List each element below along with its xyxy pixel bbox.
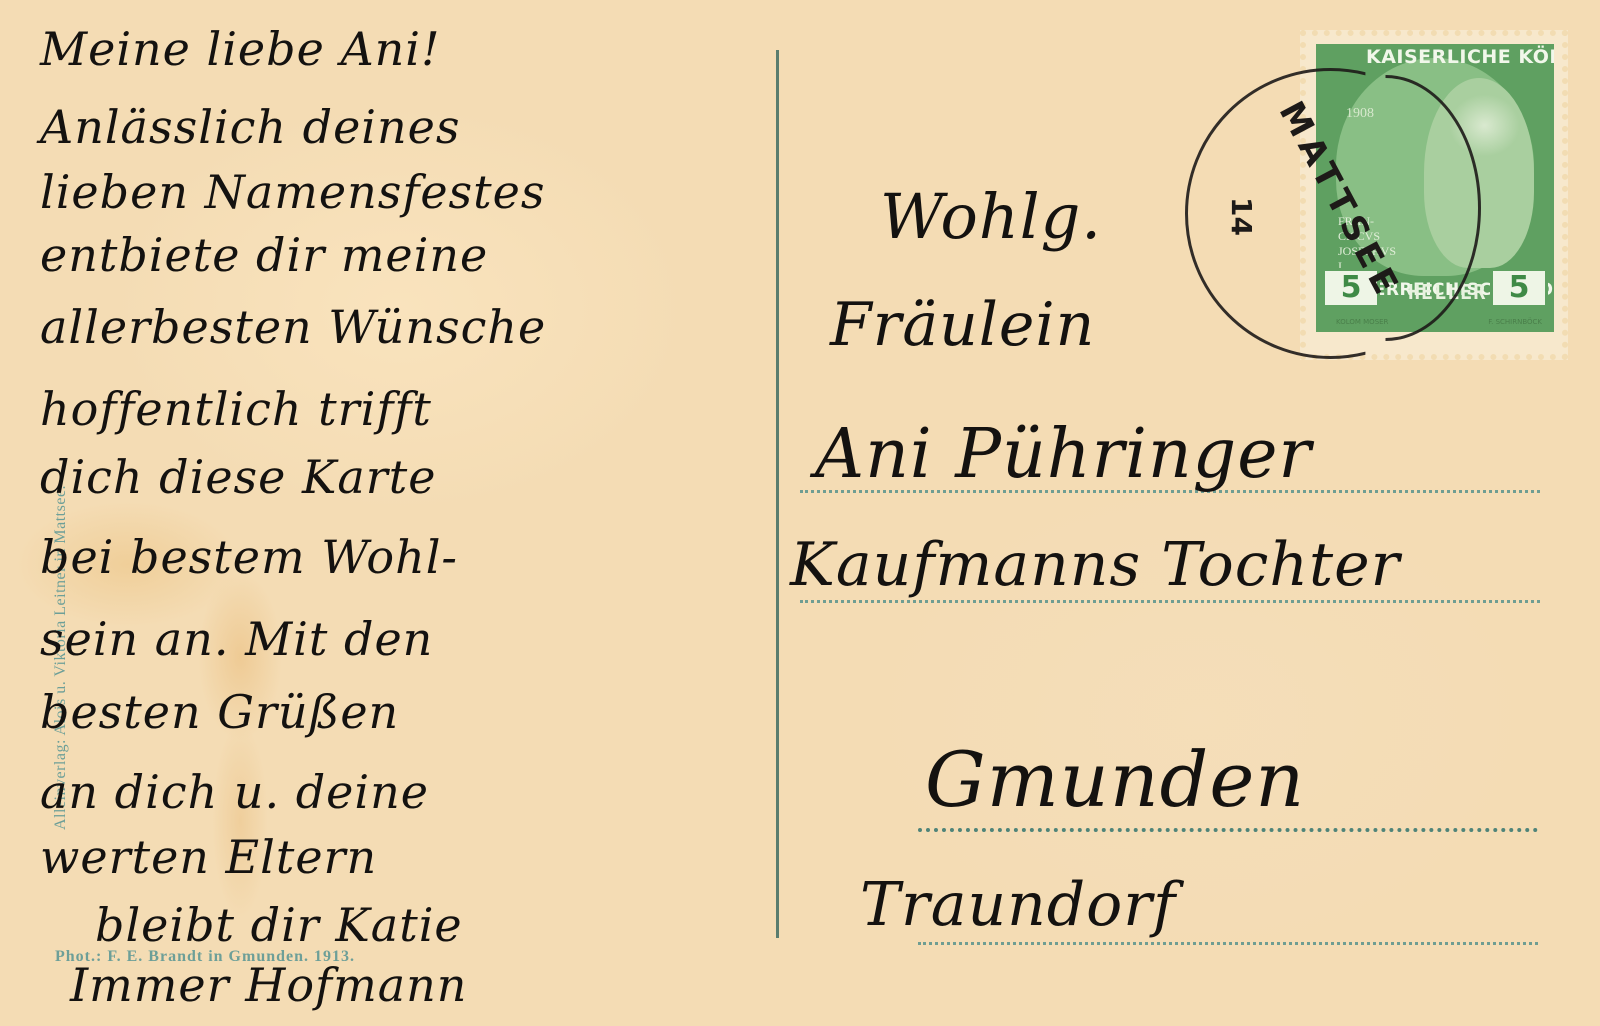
- photographer-imprint: Phot.: F. E. Brandt in Gmunden. 1913.: [55, 948, 355, 966]
- message-line: sein an. Mit den: [40, 612, 433, 666]
- stamp-value-right: 5: [1490, 268, 1548, 308]
- address-title: Fräulein: [830, 290, 1095, 360]
- address-line-4: [918, 942, 1538, 945]
- postmark-day: 14: [1225, 197, 1258, 236]
- postcard-back: Alleinverlag: Alois u. Viktoria Leitner …: [0, 0, 1600, 1026]
- message-line: besten Grüßen: [40, 685, 399, 739]
- address-occupation: Kaufmanns Tochter: [790, 530, 1400, 600]
- stamp-artist-right: F. SCHIRNBÖCK: [1488, 318, 1542, 326]
- address-salutation: Wohlg.: [880, 180, 1102, 253]
- message-line: bleibt dir Katie: [95, 898, 463, 952]
- stamp-top-text: KAISERLICHE KÖNIGLICHE: [1366, 46, 1554, 68]
- message-line: hoffentlich trifft: [40, 382, 432, 436]
- message-line: Anlässlich deines: [40, 100, 460, 154]
- center-divider-line: [776, 50, 779, 938]
- message-line: bei bestem Wohl-: [40, 530, 458, 584]
- address-name: Ani Pühringer: [815, 415, 1312, 494]
- address-line-2: [800, 600, 1540, 603]
- address-locality: Traundorf: [860, 870, 1176, 940]
- message-line: dich diese Karte: [40, 450, 437, 504]
- address-line-3: [918, 828, 1538, 832]
- message-line: lieben Namensfestes: [40, 165, 545, 219]
- message-line: Immer Hofmann: [70, 958, 467, 1012]
- message-line: werten Eltern: [40, 830, 377, 884]
- message-line: allerbesten Wünsche: [40, 300, 546, 354]
- address-city: Gmunden: [925, 735, 1305, 824]
- message-line: Meine liebe Ani!: [40, 22, 441, 76]
- message-line: entbiete dir meine: [40, 228, 488, 282]
- message-line: an dich u. deine: [40, 765, 429, 819]
